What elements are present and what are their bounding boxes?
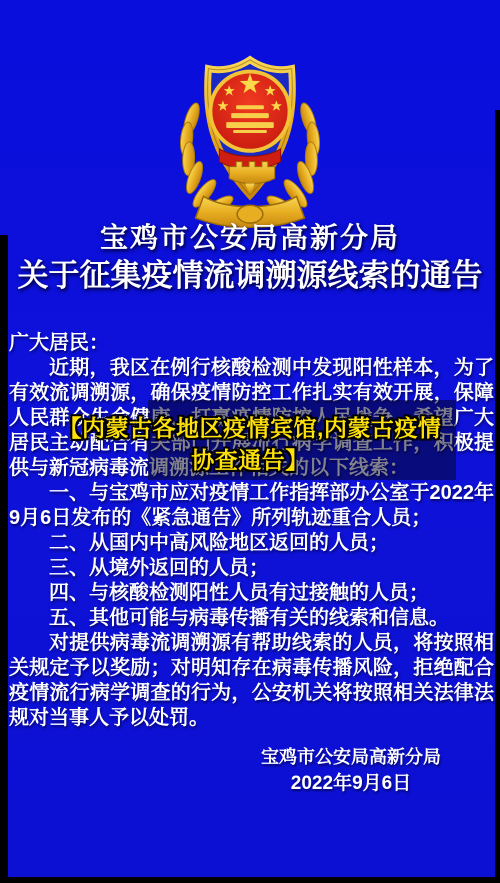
notice-title: 宝鸡市公安局高新分局 关于征集疫情流调溯源线索的通告 [0, 220, 500, 296]
notice-page: 宝鸡市公安局高新分局 关于征集疫情流调溯源线索的通告 广大居民： 近期，我区在例… [0, 0, 500, 883]
notice-subject-title: 关于征集疫情流调溯源线索的通告 [0, 256, 500, 296]
clue-item-5: 五、其他可能与病毒传播有关的线索和信息。 [9, 606, 494, 631]
left-black-bar [0, 235, 8, 883]
clue-item-1: 一、与宝鸡市应对疫情工作指挥部办公室于2022年9月6日发布的《紧急通告》所列轨… [9, 481, 494, 531]
clue-item-2: 二、从国内中高风险地区返回的人员； [9, 531, 494, 556]
clue-item-4: 四、与核酸检测阳性人员有过接触的人员； [9, 581, 494, 606]
reward-paragraph: 对提供病毒流调溯源有帮助线索的人员，将按照相关规定予以奖励；对明知存在病毒传播风… [9, 631, 494, 731]
signature-authority: 宝鸡市公安局高新分局 [258, 744, 444, 770]
signature-date: 2022年9月6日 [258, 770, 444, 797]
overlay-caption-line1: 【内蒙古各地区疫情宾馆,内蒙古疫情 [0, 412, 500, 444]
overlay-caption-line2: 协查通告】 [0, 444, 500, 476]
bottom-black-bar [0, 877, 500, 883]
notice-body: 广大居民： 近期，我区在例行核酸检测中发现阳性样本，为了有效流调溯源，确保疫情防… [9, 331, 494, 731]
salutation: 广大居民： [9, 331, 494, 356]
police-badge-emblem [162, 30, 338, 228]
clue-item-3: 三、从境外返回的人员； [9, 556, 494, 581]
signature-block: 宝鸡市公安局高新分局 2022年9月6日 [258, 744, 444, 797]
police-badge-icon [162, 30, 338, 228]
overlay-caption: 【内蒙古各地区疫情宾馆,内蒙古疫情 协查通告】 [0, 412, 500, 476]
issuing-authority-title: 宝鸡市公安局高新分局 [0, 220, 500, 256]
